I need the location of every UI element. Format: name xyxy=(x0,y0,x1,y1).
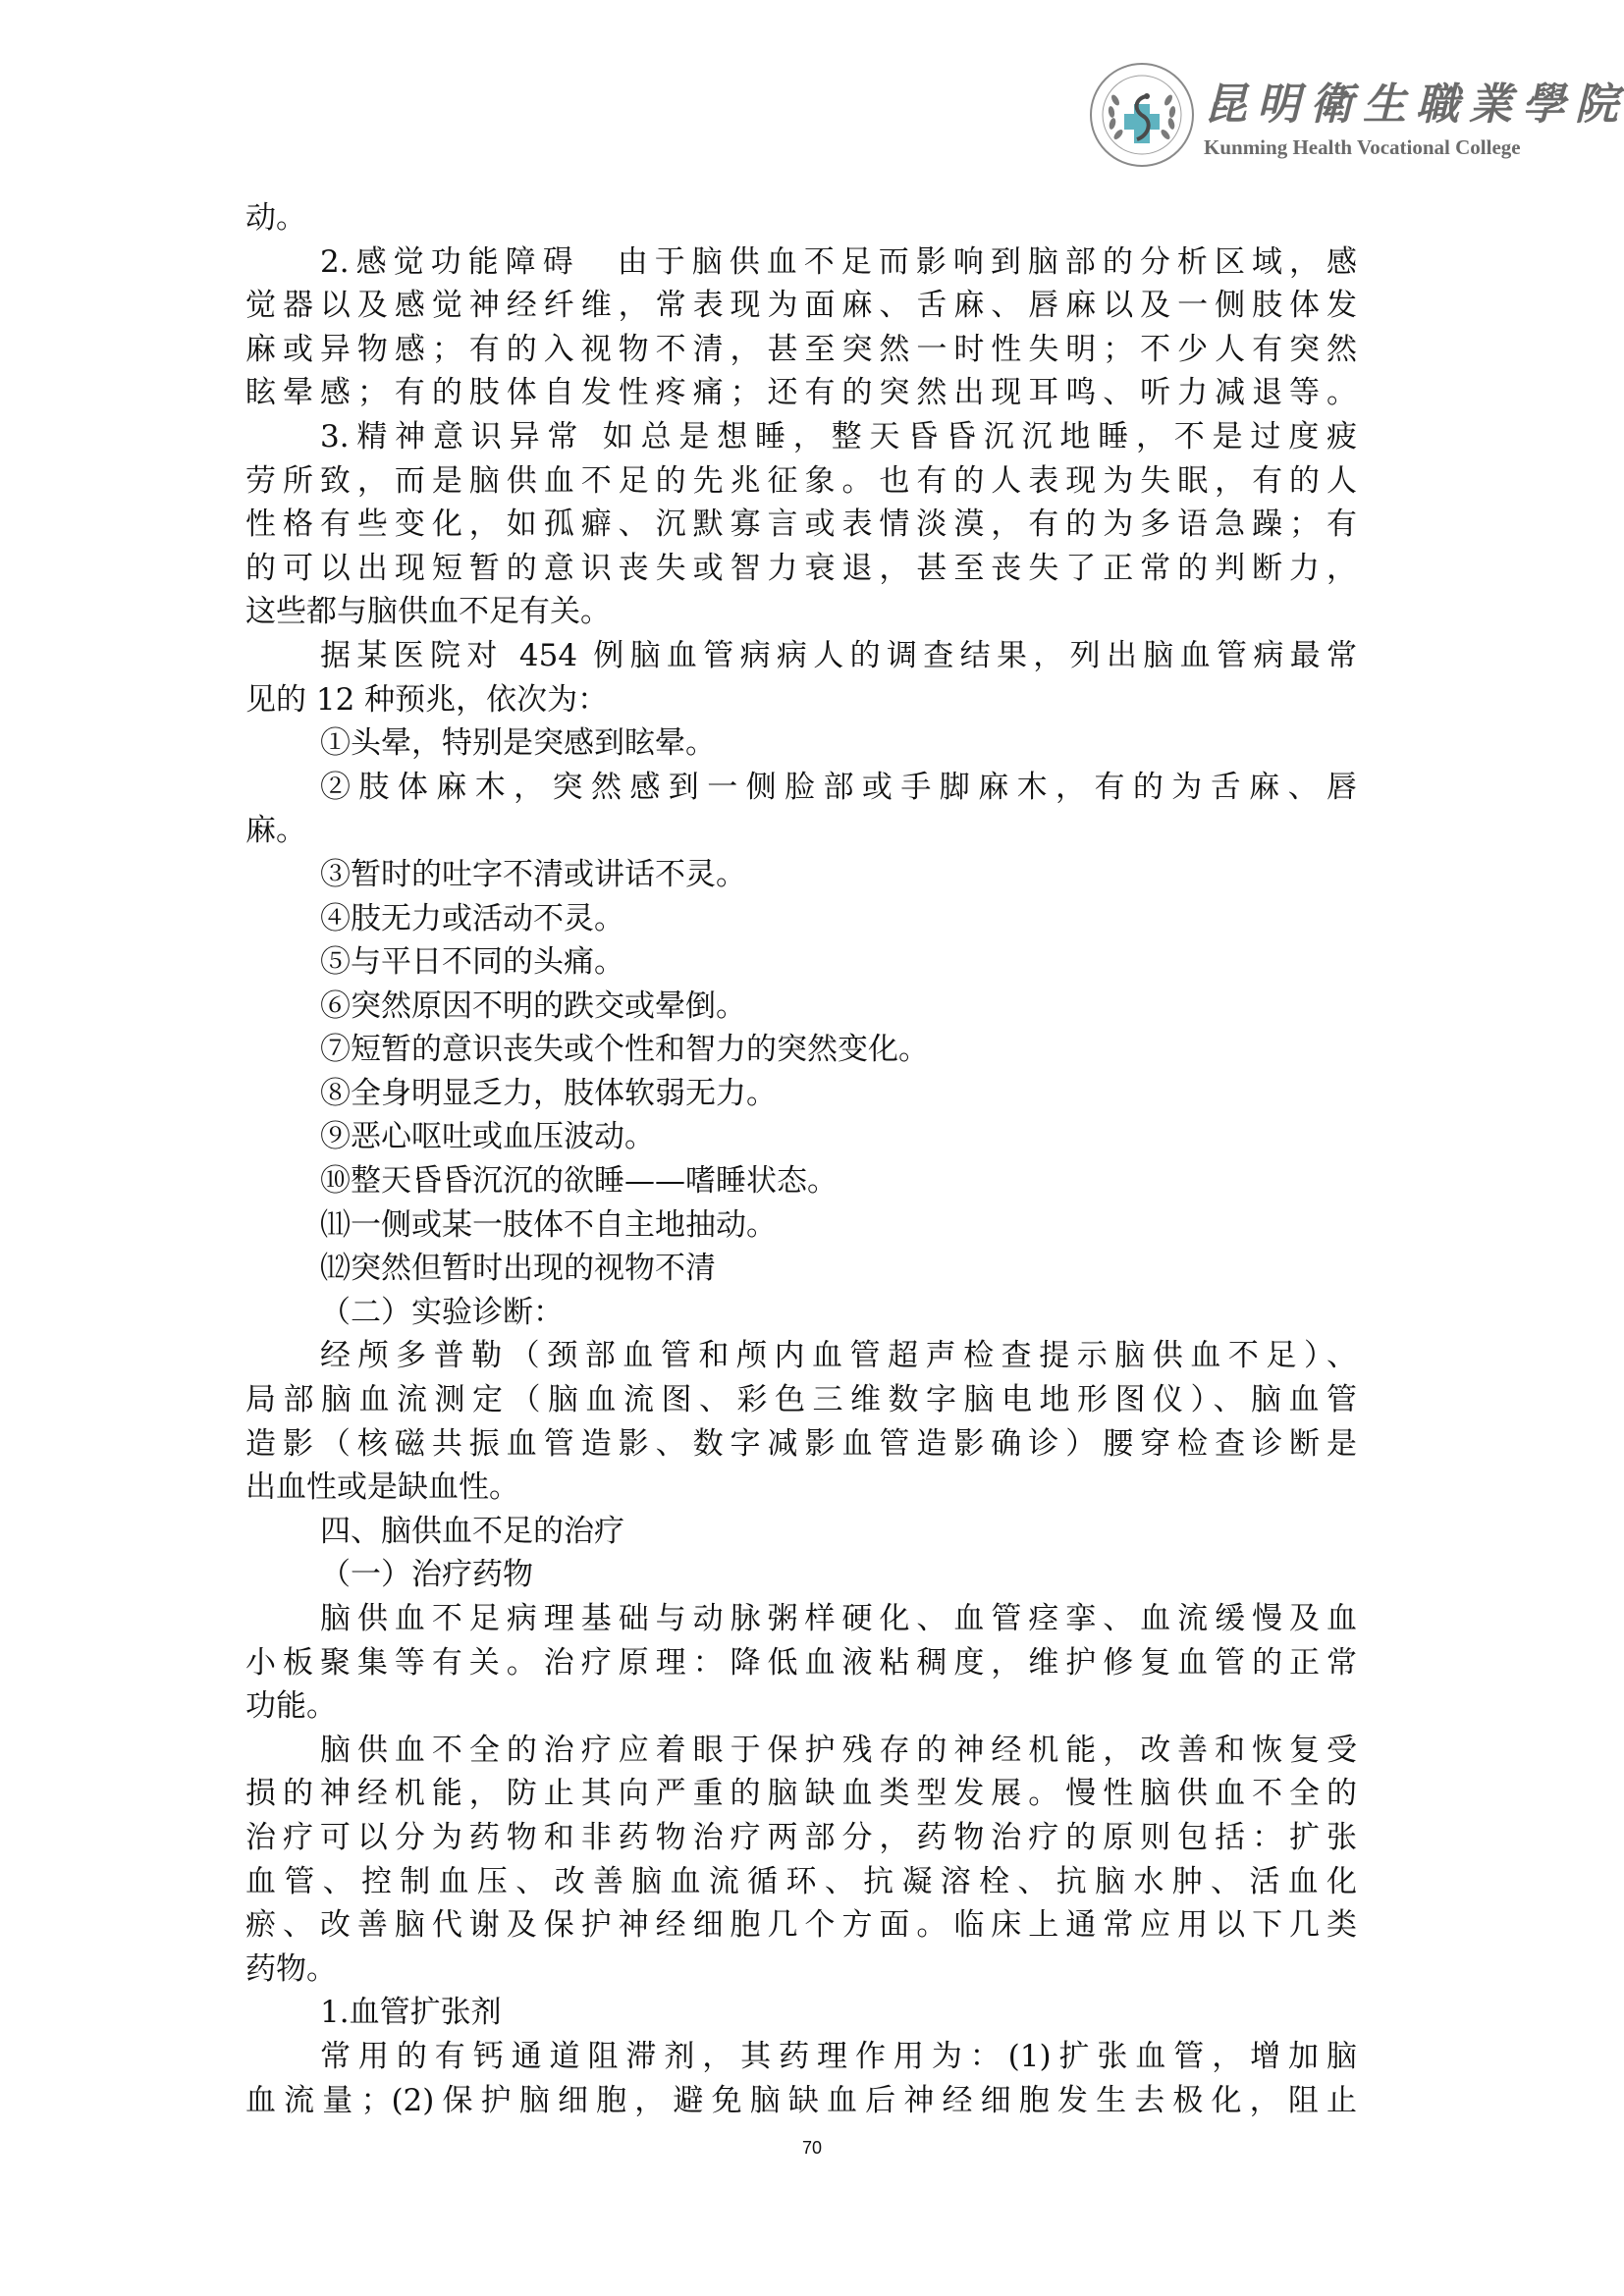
text-line: 2.感觉功能障碍 由于脑供血不足而影响到脑部的分析区域，感 xyxy=(245,240,1357,285)
text-line: ②肢体麻木，突然感到一侧脸部或手脚麻木，有的为舌麻、唇 xyxy=(245,766,1357,810)
text-line: 这些都与脑供血不足有关。 xyxy=(245,590,1357,634)
text-line: 血管、控制血压、改善脑血流循环、抗凝溶栓、抗脑水肿、活血化 xyxy=(245,1860,1357,1904)
text-line: 功能。 xyxy=(245,1684,1357,1729)
text-line: 据某医院对 454 例脑血管病病人的调查结果，列出脑血管病最常 xyxy=(245,634,1357,678)
text-line: 常用的有钙通道阻滞剂，其药理作用为：(1)扩张血管，增加脑 xyxy=(245,2035,1357,2079)
text-line: ⑩整天昏昏沉沉的欲睡——嗜睡状态。 xyxy=(245,1159,1357,1203)
text-line: ⑨恶心呕吐或血压波动。 xyxy=(245,1115,1357,1159)
text-line: 经颅多普勒（颈部血管和颅内血管超声检查提示脑供血不足）、 xyxy=(245,1334,1357,1378)
text-line: 出血性或是缺血性。 xyxy=(245,1466,1357,1510)
text-line: 劳所致，而是脑供血不足的先兆征象。也有的人表现为失眠，有的人 xyxy=(245,459,1357,504)
college-seal-icon xyxy=(1088,61,1196,169)
text-line: 3.精神意识异常 如总是想睡，整天昏昏沉沉地睡，不是过度疲 xyxy=(245,415,1357,459)
text-line: 造影（核磁共振血管造影、数字减影血管造影确诊）腰穿检查诊断是 xyxy=(245,1422,1357,1467)
text-line: ⑥突然原因不明的跌交或晕倒。 xyxy=(245,985,1357,1029)
college-name-chinese: 昆明衛生職業學院 xyxy=(1204,69,1624,132)
text-line: 的可以出现短暂的意识丧失或智力衰退，甚至丧失了正常的判断力， xyxy=(245,547,1357,591)
text-line: （二）实验诊断： xyxy=(245,1291,1357,1335)
text-line: 四、脑供血不足的治疗 xyxy=(245,1510,1357,1554)
text-line: （一）治疗药物 xyxy=(245,1553,1357,1597)
text-line: 局部脑血流测定（脑血流图、彩色三维数字脑电地形图仪）、脑血管 xyxy=(245,1378,1357,1422)
text-line: ⑤与平日不同的头痛。 xyxy=(245,940,1357,985)
text-line: 1.血管扩张剂 xyxy=(245,1991,1357,2035)
text-line: ③暂时的吐字不清或讲话不灵。 xyxy=(245,853,1357,897)
text-line: 觉器以及感觉神经纤维，常表现为面麻、舌麻、唇麻以及一侧肢体发 xyxy=(245,284,1357,328)
text-line: 药物。 xyxy=(245,1948,1357,1992)
text-line: 小板聚集等有关。治疗原理：降低血液粘稠度，维护修复血管的正常 xyxy=(245,1641,1357,1685)
text-line: 性格有些变化，如孤癖、沉默寡言或表情淡漠，有的为多语急躁；有 xyxy=(245,503,1357,547)
text-line: 脑供血不足病理基础与动脉粥样硬化、血管痉挛、血流缓慢及血 xyxy=(245,1597,1357,1641)
text-line: ⑿突然但暂时出现的视物不清 xyxy=(245,1247,1357,1291)
college-name-english: Kunming Health Vocational College xyxy=(1204,135,1521,160)
text-line: 麻。 xyxy=(245,809,1357,853)
text-line: 见的 12 种预兆，依次为： xyxy=(245,678,1357,722)
text-line: ⑾一侧或某一肢体不自主地抽动。 xyxy=(245,1203,1357,1248)
text-line: 瘀、改善脑代谢及保护神经细胞几个方面。临床上通常应用以下几类 xyxy=(245,1903,1357,1948)
text-line: ⑧全身明显乏力，肢体软弱无力。 xyxy=(245,1072,1357,1116)
text-line: ④肢无力或活动不灵。 xyxy=(245,897,1357,941)
text-line: 脑供血不全的治疗应着眼于保护残存的神经机能，改善和恢复受 xyxy=(245,1729,1357,1773)
text-line: ⑦短暂的意识丧失或个性和智力的突然变化。 xyxy=(245,1028,1357,1072)
page-number: 70 xyxy=(0,2138,1624,2159)
text-line: ①头晕，特别是突感到眩晕。 xyxy=(245,721,1357,766)
text-line: 动。 xyxy=(245,196,1357,240)
text-line: 治疗可以分为药物和非药物治疗两部分，药物治疗的原则包括：扩张 xyxy=(245,1816,1357,1860)
text-line: 眩晕感；有的肢体自发性疼痛；还有的突然出现耳鸣、听力减退等。 xyxy=(245,371,1357,415)
text-line: 损的神经机能，防止其向严重的脑缺血类型发展。慢性脑供血不全的 xyxy=(245,1772,1357,1816)
text-line: 麻或异物感；有的入视物不清，甚至突然一时性失明；不少人有突然 xyxy=(245,328,1357,372)
text-line: 血流量；(2)保护脑细胞，避免脑缺血后神经细胞发生去极化，阻止 xyxy=(245,2079,1357,2123)
college-logo: 昆明衛生職業學院 Kunming Health Vocational Colle… xyxy=(1088,61,1608,171)
document-body: 动。2.感觉功能障碍 由于脑供血不足而影响到脑部的分析区域，感觉器以及感觉神经纤… xyxy=(245,196,1357,2122)
